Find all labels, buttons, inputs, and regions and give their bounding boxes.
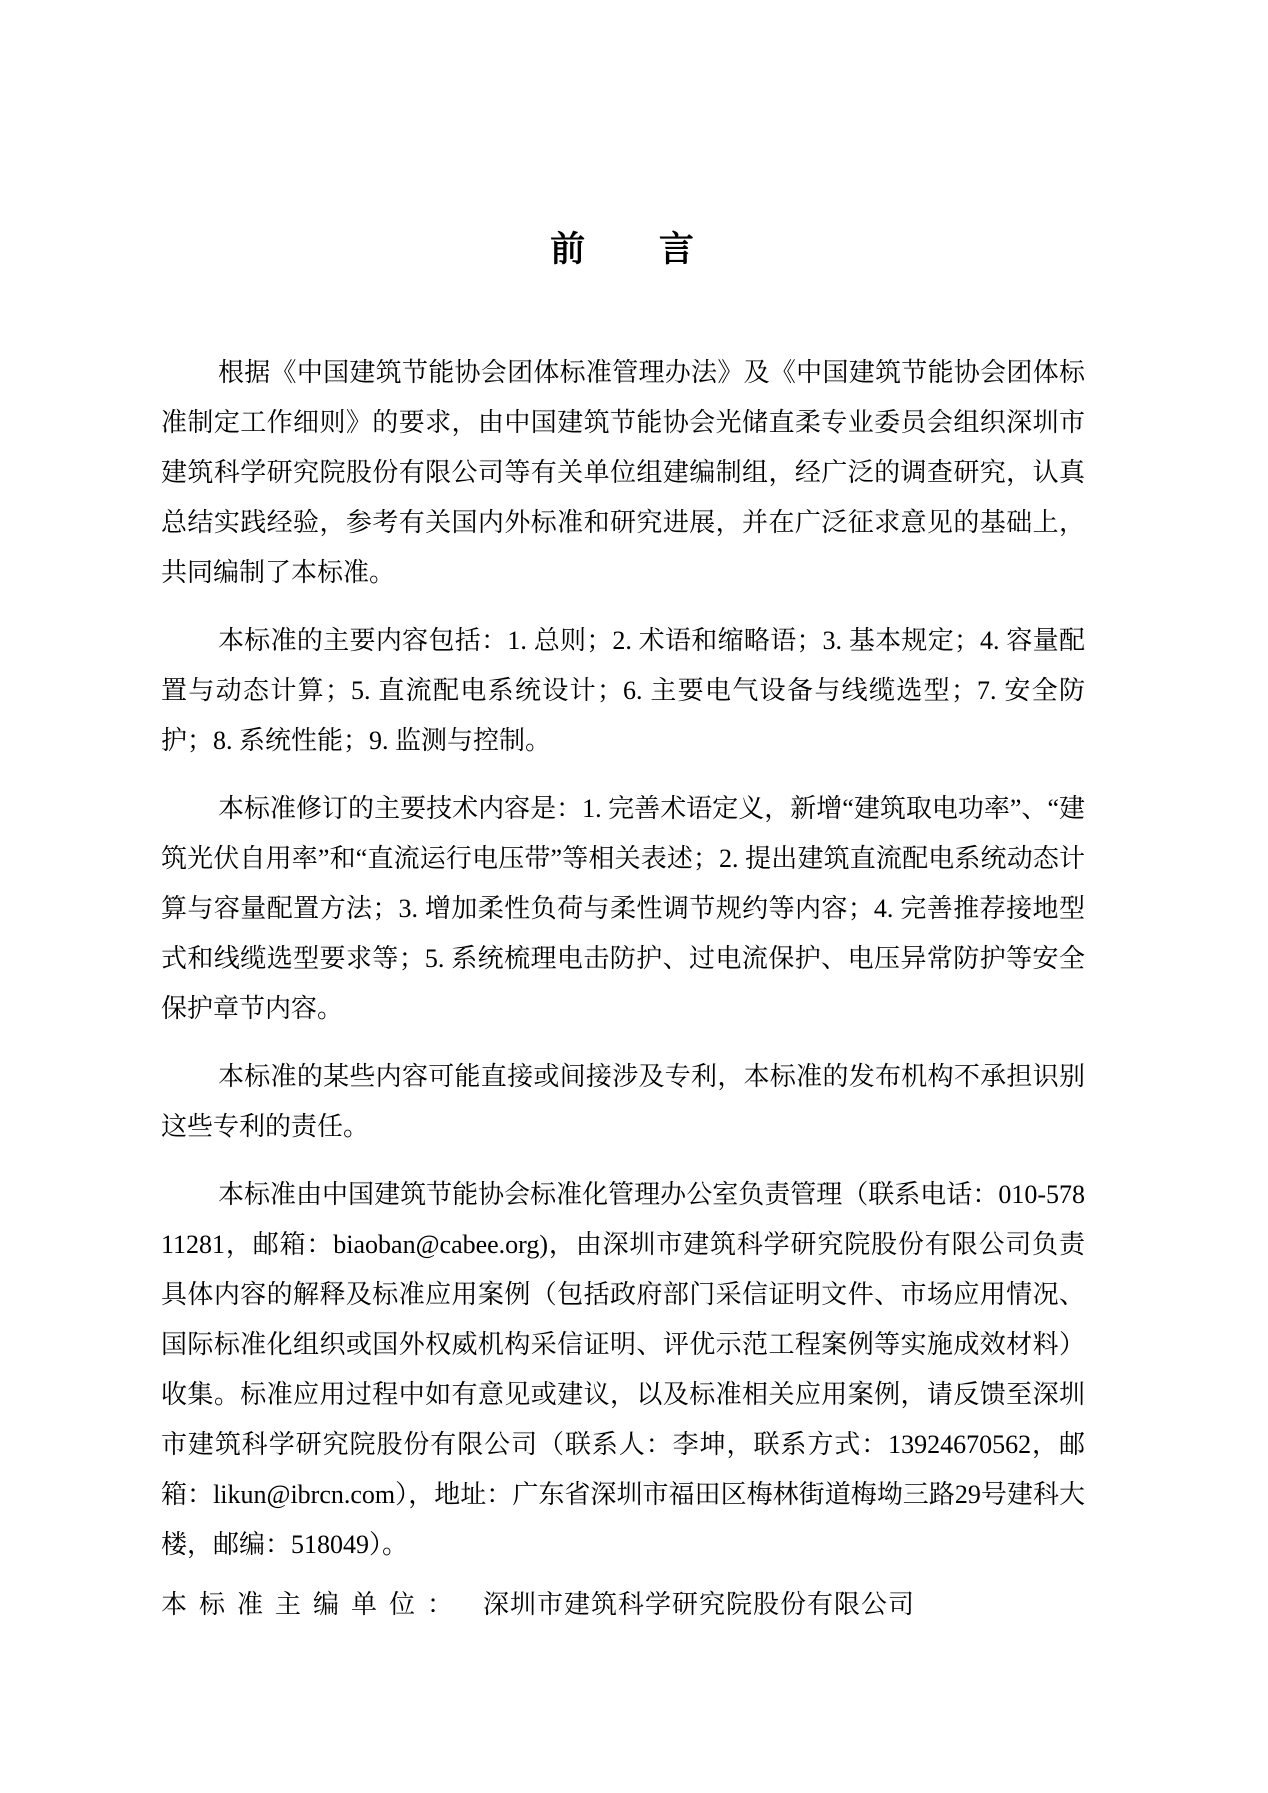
para-drafting-basis: 根据《中国建筑节能协会团体标准管理办法》及《中国建筑节能协会团体标准制定工作细则… <box>161 348 1085 598</box>
chief-editor-label: 本标准主编单位： <box>161 1590 465 1619</box>
document-page: 前 言 根据《中国建筑节能协会团体标准管理办法》及《中国建筑节能协会团体标准制定… <box>0 0 1268 1793</box>
para-patent-notice: 本标准的某些内容可能直接或间接涉及专利，本标准的发布机构不承担识别这些专利的责任… <box>161 1052 1085 1152</box>
para-management-contact: 本标准由中国建筑节能协会标准化管理办公室负责管理（联系电话：010-578112… <box>161 1170 1085 1570</box>
document-body: 根据《中国建筑节能协会团体标准管理办法》及《中国建筑节能协会团体标准制定工作细则… <box>161 348 1085 1630</box>
para-revision-contents: 本标准修订的主要技术内容是：1. 完善术语定义，新增“建筑取电功率”、“建筑光伏… <box>161 784 1085 1034</box>
para-main-contents: 本标准的主要内容包括：1. 总则；2. 术语和缩略语；3. 基本规定；4. 容量… <box>161 616 1085 766</box>
chief-editor-value: 深圳市建筑科学研究院股份有限公司 <box>483 1590 915 1619</box>
chief-editor-line: 本标准主编单位：深圳市建筑科学研究院股份有限公司 <box>161 1580 1085 1630</box>
page-title: 前 言 <box>161 232 1085 267</box>
